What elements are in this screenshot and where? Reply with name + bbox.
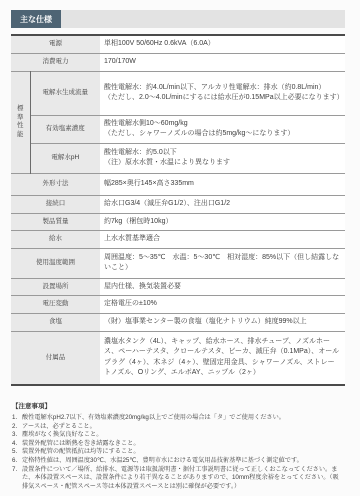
- note-number: 2.: [12, 423, 22, 432]
- spec-row: 設置場所 屋内仕様、換気装置必要: [11, 278, 345, 296]
- spec-value: 上水水質基準適合: [100, 231, 345, 249]
- spec-value: 周囲温度：5～35℃ 水温：5～30℃ 相対湿度：85%以下（但し結露しないこと…: [100, 248, 345, 278]
- spec-row: 給水 上水水質基準適合: [11, 231, 345, 249]
- spec-value: 給水口G3/4（減圧弁G1/2）、注出口G1/2: [100, 195, 345, 213]
- spec-table: 電源 単相100V 50/60Hz 0.6kVA（6.0A） 消費電力 170/…: [11, 34, 345, 386]
- spec-label: 使用温度範囲: [11, 248, 100, 278]
- spec-row: 付属品 濃塩水タンク（4L）、キャップ、給水ホース、排水チューブ、ノズルホース、…: [11, 331, 345, 385]
- spec-value: 幅285×奥行145×高さ335mm: [100, 173, 345, 195]
- spec-row: 消費電力 170/170W: [11, 53, 345, 71]
- spec-value: 酸性電解水：約4.0L/min以下、アルカリ性電解水：排水（約0.8L/min）…: [100, 71, 345, 115]
- spec-row: 外形寸法 幅285×奥行145×高さ335mm: [11, 173, 345, 195]
- note-number: 4.: [12, 440, 22, 449]
- note-item: 5. 装置外配管の配管抵抗は均等にすること。: [12, 448, 344, 457]
- spec-group-cell: 標 準 性 能: [11, 71, 30, 173]
- notes-section: 【注意事項】 1. 酸性電解水pH2.7以下、有効塩素濃度20mg/kg以上でご…: [12, 401, 344, 491]
- note-item: 2. アースは、必ずとること。: [12, 423, 344, 432]
- spec-value: 屋内仕様、換気装置必要: [100, 278, 345, 296]
- spec-label: 電圧変動: [11, 296, 100, 314]
- spec-row: 使用温度範囲 周囲温度：5～35℃ 水温：5～30℃ 相対湿度：85%以下（但し…: [11, 248, 345, 278]
- note-number: 6.: [12, 457, 22, 466]
- spec-label: 電解水生成流量: [30, 71, 100, 115]
- section-header-fill: [61, 10, 345, 28]
- note-number: 1.: [12, 414, 22, 423]
- note-item: 1. 酸性電解水pH2.7以下、有効塩素濃度20mg/kg以上でご使用の場合は「…: [12, 414, 344, 423]
- section-header: 主な仕様: [11, 10, 345, 28]
- spec-row: 電解水pH 酸性電解水：約5.0以下 （注）原水水質・水温により異なります: [11, 143, 345, 173]
- note-text: 定格特性値は、周囲温度30℃、水温25℃、豊明市水における電気用品技術基準に基づ…: [22, 457, 344, 466]
- spec-label: 接続口: [11, 195, 100, 213]
- spec-row: 有効塩素濃度 酸性電解水側10～60mg/kg （ただし、シャワーノズルの場合は…: [11, 115, 345, 143]
- spec-value: 定格電圧の±10%: [100, 296, 345, 314]
- spec-value: 酸性電解水側10～60mg/kg （ただし、シャワーノズルの場合は約5mg/kg…: [100, 115, 345, 143]
- note-text: 設置条件について／場所、給排水、電源等は取扱説明書・据付工事説明書に従って正しく…: [22, 466, 344, 492]
- spec-row: 電源 単相100V 50/60Hz 0.6kVA（6.0A）: [11, 35, 345, 53]
- spec-label: 付属品: [11, 331, 100, 385]
- spec-row: 接続口 給水口G3/4（減圧弁G1/2）、注出口G1/2: [11, 195, 345, 213]
- spec-label: 設置場所: [11, 278, 100, 296]
- spec-label: 食塩: [11, 313, 100, 331]
- spec-value: 酸性電解水：約5.0以下 （注）原水水質・水温により異なります: [100, 143, 345, 173]
- spec-label: 給水: [11, 231, 100, 249]
- notes-title: 【注意事項】: [12, 401, 344, 410]
- spec-row: 食塩 （財）塩事業センター製の食塩（塩化ナトリウム）純度99%以上: [11, 313, 345, 331]
- spec-value: 単相100V 50/60Hz 0.6kVA（6.0A）: [100, 35, 345, 53]
- spec-value: 濃塩水タンク（4L）、キャップ、給水ホース、排水チューブ、ノズルホース、ペーハー…: [100, 331, 345, 385]
- spec-value: 170/170W: [100, 53, 345, 71]
- note-item: 6. 定格特性値は、周囲温度30℃、水温25℃、豊明市水における電気用品技術基準…: [12, 457, 344, 466]
- spec-label: 電解水pH: [30, 143, 100, 173]
- spec-value: （財）塩事業センター製の食塩（塩化ナトリウム）純度99%以上: [100, 313, 345, 331]
- page-root: 主な仕様 電源 単相100V 50/60Hz 0.6kVA（6.0A） 消費電力…: [0, 0, 360, 491]
- note-item: 3. 塵埃がなく換気良好なこと。: [12, 431, 344, 440]
- note-text: アースは、必ずとること。: [22, 423, 344, 432]
- note-text: 酸性電解水pH2.7以下、有効塩素濃度20mg/kg以上でご使用の場合は「タ」で…: [22, 414, 344, 423]
- section-title: 主な仕様: [11, 10, 61, 28]
- spec-label: 消費電力: [11, 53, 100, 71]
- note-item: 7. 設置条件について／場所、給排水、電源等は取扱説明書・据付工事説明書に従って…: [12, 466, 344, 492]
- note-number: 7.: [12, 466, 22, 492]
- note-text: 装置外配管の配管抵抗は均等にすること。: [22, 448, 344, 457]
- spec-row: 電圧変動 定格電圧の±10%: [11, 296, 345, 314]
- spec-label: 外形寸法: [11, 173, 100, 195]
- note-number: 3.: [12, 431, 22, 440]
- spec-value: 約7kg（梱包時10kg）: [100, 213, 345, 231]
- note-number: 5.: [12, 448, 22, 457]
- spec-row: 標 準 性 能 電解水生成流量 酸性電解水：約4.0L/min以下、アルカリ性電…: [11, 71, 345, 115]
- spec-label: 有効塩素濃度: [30, 115, 100, 143]
- spec-row: 製品質量 約7kg（梱包時10kg）: [11, 213, 345, 231]
- spec-label: 電源: [11, 35, 100, 53]
- spec-label: 製品質量: [11, 213, 100, 231]
- note-text: 塵埃がなく換気良好なこと。: [22, 431, 344, 440]
